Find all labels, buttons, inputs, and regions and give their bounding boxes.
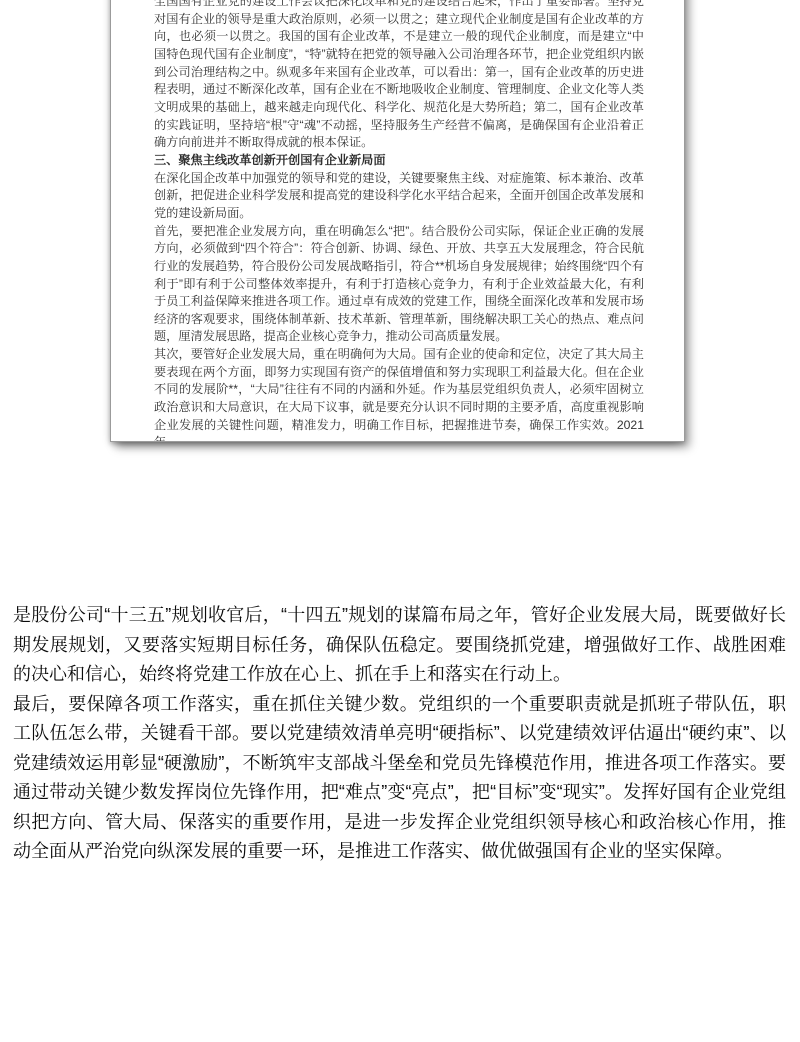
page-paragraph: 其次，要管好企业发展大局，重在明确何为大局。国有企业的使命和定位，决定了其大局主… [154, 346, 644, 442]
page-paragraph: 全国国有企业党的建设工作会议把深化改革和党的建设结合起来，作出了重要部署。坚持党… [154, 0, 644, 152]
document-viewer: { "colors": { "background": "#ffffff", "… [0, 0, 800, 1042]
article-paragraph: 最后，要保障各项工作落实，重在抓住关键少数。党组织的一个重要职责就是抓班子带队伍… [13, 690, 786, 867]
page-paragraph: 在深化国企改革中加强党的领导和党的建设，关键要聚焦主线、对症施策、标本兼治、改革… [154, 170, 644, 223]
article-body: 是股份公司“十三五”规划收官后，“十四五”规划的谋篇布局之年，管好企业发展大局，… [0, 601, 800, 867]
article-paragraph: 是股份公司“十三五”规划收官后，“十四五”规划的谋篇布局之年，管好企业发展大局，… [13, 601, 786, 690]
section-heading: 三、聚焦主线改革创新开创国有企业新局面 [154, 152, 644, 170]
page-paragraph: 首先，要把准企业发展方向，重在明确怎么“把”。结合股份公司实际，保证企业正确的发… [154, 223, 644, 347]
document-page-preview: 全国国有企业党的建设工作会议把深化改革和党的建设结合起来，作出了重要部署。坚持党… [110, 0, 685, 442]
